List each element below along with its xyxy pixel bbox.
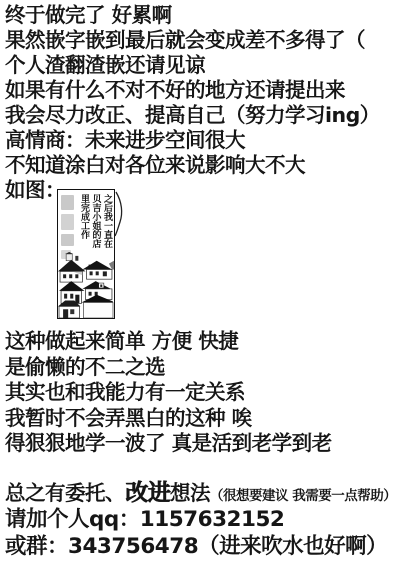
text-line: 这种做起来简单 方便 快捷	[5, 329, 332, 355]
text-line: 果然嵌字嵌到最后就会变成差不多得了（	[5, 28, 380, 53]
whiteout-block	[61, 195, 74, 210]
text-line: 我暂时不会弄黑白的这种 唉	[5, 406, 332, 432]
intro-text-block: 终于做完了 好累啊 果然嵌字嵌到最后就会变成差不多得了（ 个人渣翻渣嵌还请见谅 …	[5, 3, 380, 203]
cityscape-drawing	[58, 252, 114, 318]
text-line: 是偷懒的不二之选	[5, 355, 332, 381]
group-note: （进来吹水也好啊）	[198, 534, 387, 559]
text-line: 我会尽力改正、提高自己（努力学习ing）	[5, 103, 380, 128]
manga-panel-image: 之后我一直在贝吉小姐的店里完成工作	[57, 189, 115, 319]
text-line: 高情商：未来进步空间很大	[5, 128, 380, 153]
text-line: 个人渣翻渣嵌还请见谅	[5, 53, 380, 78]
text-line: 其实也和我能力有一定关系	[5, 380, 332, 406]
middle-text-block: 这种做起来简单 方便 快捷 是偷懒的不二之选 其实也和我能力有一定关系 我暂时不…	[5, 329, 332, 457]
manga-vertical-text: 之后我一直在贝吉小姐的店里完成工作	[78, 194, 113, 252]
whiteout-block	[61, 214, 74, 230]
text-line: 得狠狠地学一波了 真是活到老学到老	[5, 431, 332, 457]
page: 终于做完了 好累啊 果然嵌字嵌到最后就会变成差不多得了（ 个人渣翻渣嵌还请见谅 …	[0, 0, 400, 568]
whiteout-block	[61, 234, 74, 246]
text-line: 如果有什么不对不好的地方还请提出来	[5, 78, 380, 103]
text-line: 不知道涂白对各位来说影响大不大	[5, 153, 380, 178]
group-label: 或群：	[5, 534, 68, 559]
text-line: 终于做完了 好累啊	[5, 3, 380, 28]
group-number: 343756478	[68, 534, 198, 559]
speech-bubble-curve	[114, 191, 124, 237]
group-contact-line: 或群：343756478（进来吹水也好啊）	[5, 529, 387, 560]
